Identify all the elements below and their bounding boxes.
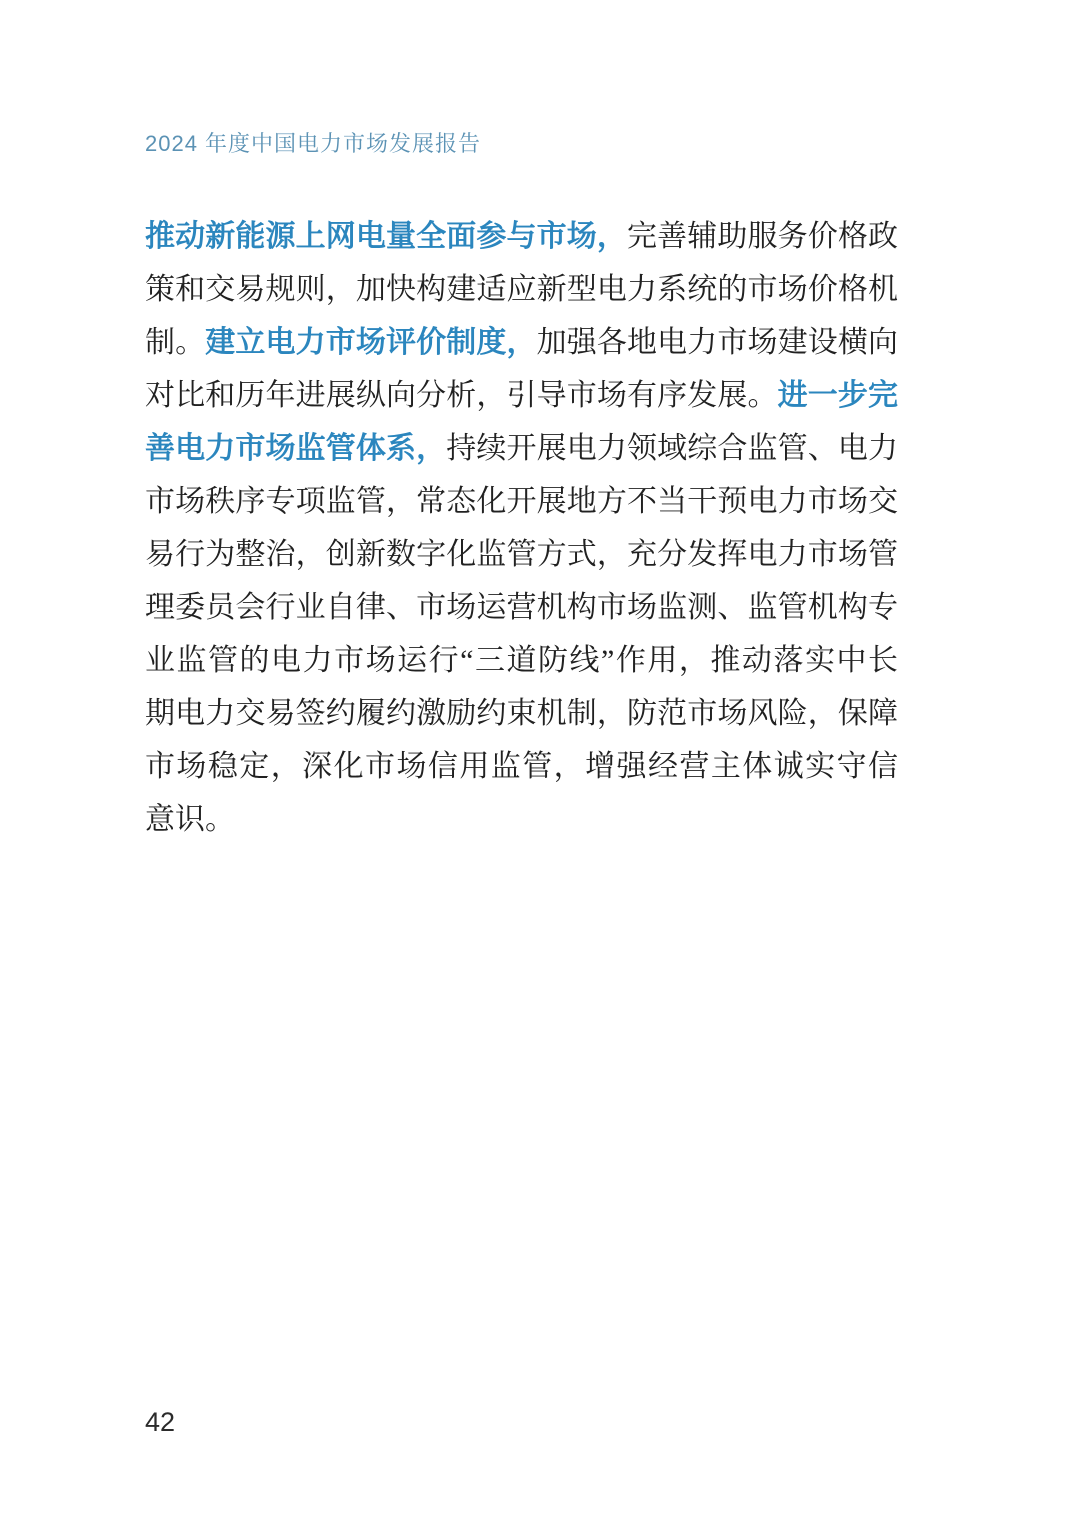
text-line: 制。建立电力市场评价制度，加强各地电力市场建设横向	[145, 316, 898, 369]
text-segment: 理委员会行业自律、市场运营机构市场监测、监管机构专	[145, 591, 898, 624]
body-paragraph: 推动新能源上网电量全面参与市场，完善辅助服务价格政 策和交易规则，加快构建适应新…	[145, 210, 898, 846]
text-line: 易行为整治，创新数字化监管方式，充分发挥电力市场管	[145, 528, 898, 581]
text-line: 善电力市场监管体系，持续开展电力领域综合监管、电力	[145, 422, 898, 475]
text-segment: 易行为整治，创新数字化监管方式，充分发挥电力市场管	[145, 538, 898, 571]
text-line: 策和交易规则，加快构建适应新型电力系统的市场价格机	[145, 263, 898, 316]
text-segment-emphasis: 善电力市场监管体系，	[145, 432, 446, 465]
text-segment: 市场稳定，深化市场信用监管，增强经营主体诚实守信	[145, 750, 898, 783]
text-line: 意识。	[145, 793, 898, 846]
text-segment-emphasis: 建立电力市场评价制度，	[205, 326, 536, 359]
document-page: 2024 年度中国电力市场发展报告 推动新能源上网电量全面参与市场，完善辅助服务…	[0, 0, 1080, 1517]
report-header-title: 2024 年度中国电力市场发展报告	[145, 130, 481, 158]
text-segment: 期电力交易签约履约激励约束机制，防范市场风险，保障	[145, 697, 898, 730]
text-segment: 持续开展电力领域综合监管、电力	[446, 432, 898, 465]
text-segment-emphasis: 进一步完	[778, 379, 898, 412]
text-segment: 完善辅助服务价格政	[627, 220, 898, 253]
text-segment-emphasis: 推动新能源上网电量全面参与市场，	[145, 220, 627, 253]
text-line: 对比和历年进展纵向分析，引导市场有序发展。进一步完	[145, 369, 898, 422]
text-segment: 制。	[145, 326, 205, 359]
text-segment: 意识。	[145, 803, 235, 836]
text-line: 业监管的电力市场运行“三道防线”作用，推动落实中长	[145, 634, 898, 687]
text-segment: 市场秩序专项监管，常态化开展地方不当干预电力市场交	[145, 485, 898, 518]
page-number: 42	[145, 1405, 175, 1439]
text-line: 理委员会行业自律、市场运营机构市场监测、监管机构专	[145, 581, 898, 634]
text-segment: 业监管的电力市场运行“三道防线”作用，推动落实中长	[145, 644, 898, 677]
text-line: 期电力交易签约履约激励约束机制，防范市场风险，保障	[145, 687, 898, 740]
text-line: 市场秩序专项监管，常态化开展地方不当干预电力市场交	[145, 475, 898, 528]
text-segment: 策和交易规则，加快构建适应新型电力系统的市场价格机	[145, 273, 898, 306]
text-segment: 加强各地电力市场建设横向	[537, 326, 898, 359]
text-line: 推动新能源上网电量全面参与市场，完善辅助服务价格政	[145, 210, 898, 263]
text-segment: 对比和历年进展纵向分析，引导市场有序发展。	[145, 379, 778, 412]
text-line: 市场稳定，深化市场信用监管，增强经营主体诚实守信	[145, 740, 898, 793]
